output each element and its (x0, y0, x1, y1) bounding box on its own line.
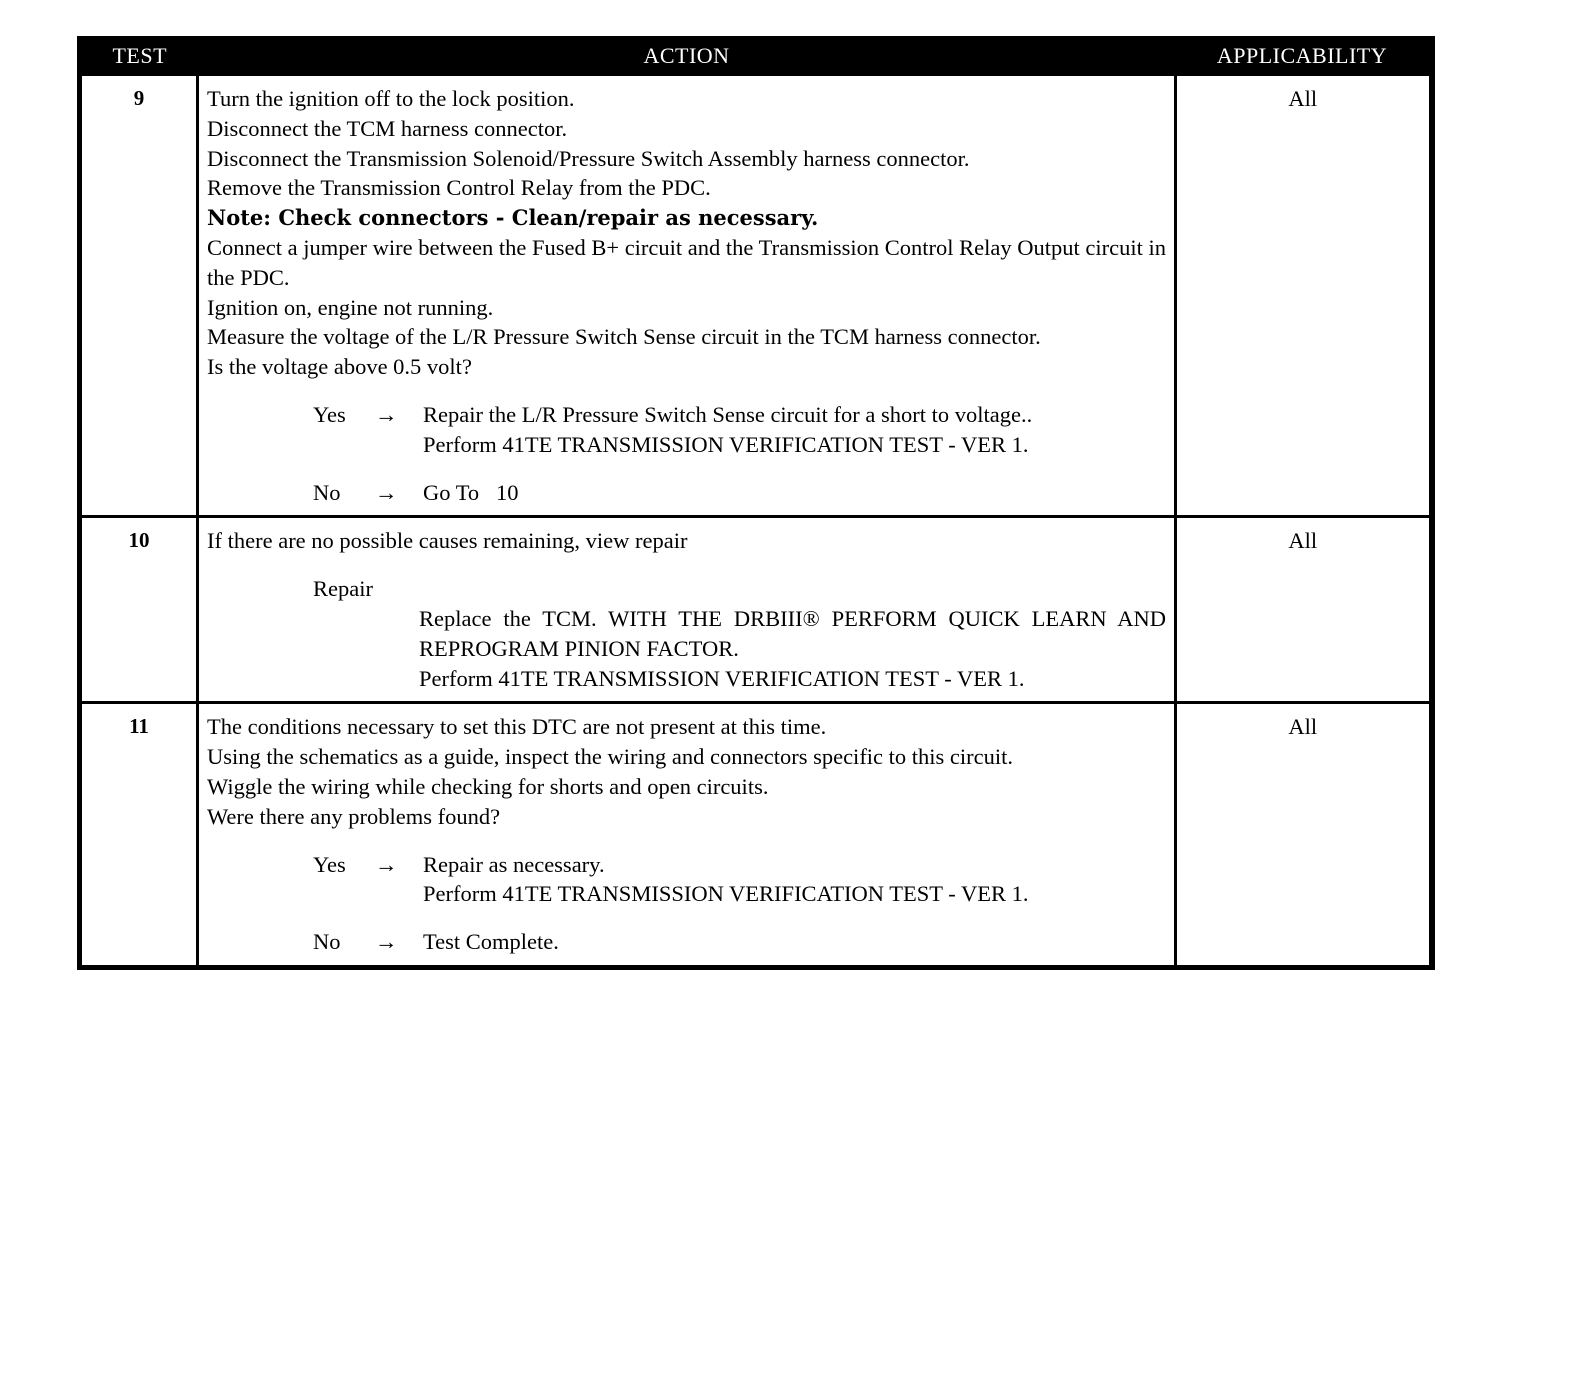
yes-result: Repair the L/R Pressure Switch Sense cir… (423, 400, 1166, 430)
no-result: Test Complete. (423, 927, 1166, 957)
action-step: Ignition on, engine not running. (207, 293, 1166, 323)
yes-result: Repair as necessary. (423, 850, 1166, 880)
diagnostic-test-table: TEST ACTION APPLICABILITY 9 Turn the ign… (77, 36, 1435, 970)
yes-result: Perform 41TE TRANSMISSION VERIFICATION T… (423, 430, 1166, 460)
action-step: Wiggle the wiring while checking for sho… (207, 772, 1166, 802)
right-arrow-icon: → (375, 850, 423, 910)
yes-branch: Yes → Repair the L/R Pressure Switch Sen… (313, 400, 1166, 460)
yes-branch: Yes → Repair as necessary. Perform 41TE … (313, 850, 1166, 910)
repair-label: Repair (313, 574, 1166, 604)
action-step: Disconnect the TCM harness connector. (207, 114, 1166, 144)
action-cell: The conditions necessary to set this DTC… (198, 703, 1176, 968)
action-note: Note: Check connectors - Clean/repair as… (207, 203, 1166, 233)
right-arrow-icon: → (375, 478, 423, 508)
yes-label: Yes (313, 400, 375, 460)
test-number: 9 (80, 76, 198, 517)
right-arrow-icon: → (375, 927, 423, 957)
repair-instruction: Replace the TCM. WITH THE DRBIII® PERFOR… (419, 604, 1166, 664)
action-step: Remove the Transmission Control Relay fr… (207, 173, 1166, 203)
action-step: Measure the voltage of the L/R Pressure … (207, 322, 1166, 352)
header-applicability: APPLICABILITY (1176, 36, 1432, 76)
test-number: 11 (80, 703, 198, 968)
no-branch: No → Test Complete. (313, 927, 1166, 957)
yes-label: Yes (313, 850, 375, 910)
action-step: Connect a jumper wire between the Fused … (207, 233, 1166, 293)
repair-instruction: Perform 41TE TRANSMISSION VERIFICATION T… (419, 664, 1166, 694)
action-step: The conditions necessary to set this DTC… (207, 712, 1166, 742)
yes-result: Perform 41TE TRANSMISSION VERIFICATION T… (423, 879, 1166, 909)
no-label: No (313, 478, 375, 508)
action-cell: Turn the ignition off to the lock positi… (198, 76, 1176, 517)
action-step: Turn the ignition off to the lock positi… (207, 84, 1166, 114)
right-arrow-icon: → (375, 400, 423, 460)
applicability-value: All (1176, 517, 1432, 703)
applicability-value: All (1176, 703, 1432, 968)
table-row: 11 The conditions necessary to set this … (80, 703, 1432, 968)
table-row: 9 Turn the ignition off to the lock posi… (80, 76, 1432, 517)
test-number: 10 (80, 517, 198, 703)
action-step: Disconnect the Transmission Solenoid/Pre… (207, 144, 1166, 174)
action-step: Using the schematics as a guide, inspect… (207, 742, 1166, 772)
action-question: Were there any problems found? (207, 802, 1166, 832)
action-cell: If there are no possible causes remainin… (198, 517, 1176, 703)
applicability-value: All (1176, 76, 1432, 517)
header-test: TEST (80, 36, 198, 76)
action-step: If there are no possible causes remainin… (207, 526, 1166, 556)
table-row: 10 If there are no possible causes remai… (80, 517, 1432, 703)
table-header-row: TEST ACTION APPLICABILITY (80, 36, 1432, 76)
header-action: ACTION (198, 36, 1176, 76)
no-branch: No → Go To 10 (313, 478, 1166, 508)
goto-link[interactable]: Go To 10 (423, 478, 1166, 508)
no-label: No (313, 927, 375, 957)
action-question: Is the voltage above 0.5 volt? (207, 352, 1166, 382)
